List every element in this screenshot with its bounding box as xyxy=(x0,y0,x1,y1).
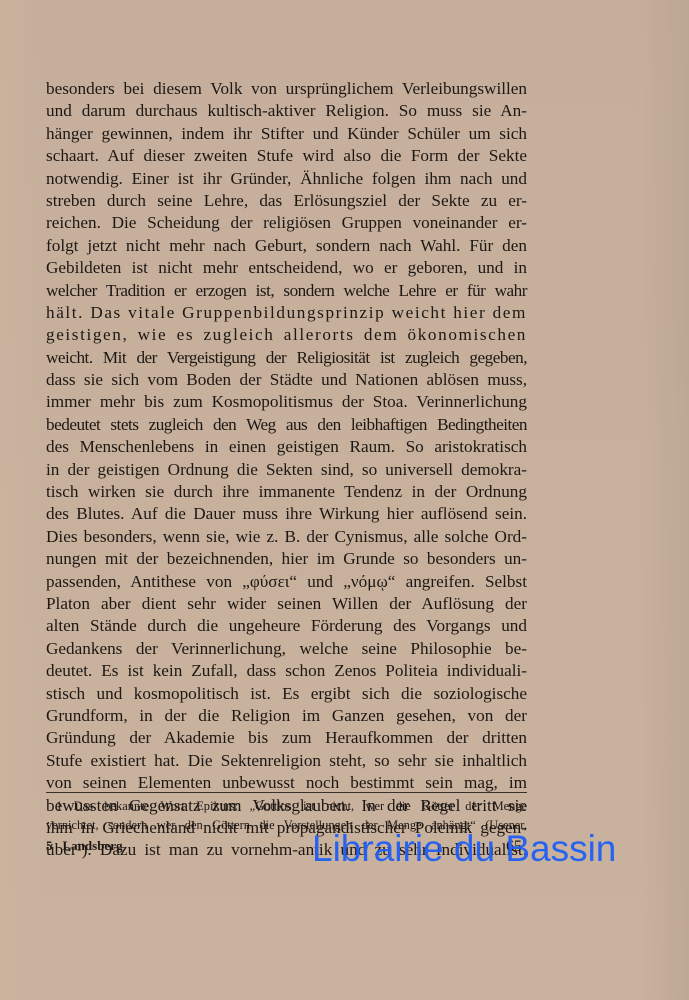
text-line: des Blutes. Auf die Dauer muss ihre Wirk… xyxy=(46,503,527,525)
text-line: folgt jetzt nicht mehr nach Geburt, sond… xyxy=(46,235,527,257)
text-line: tisch wirken sie durch ihre immanente Te… xyxy=(46,481,527,503)
text-line: weicht. Mit der Vergeistigung der Religi… xyxy=(46,347,527,369)
text-line: deutet. Es ist kein Zufall, dass schon Z… xyxy=(46,660,527,682)
text-line: bedeutet stets zugleich den Weg aus den … xyxy=(46,414,527,436)
text-line: Gedankens der Verinnerlichung, welche se… xyxy=(46,638,527,660)
text-line: Gebildeten ist nicht mehr entscheidend, … xyxy=(46,257,527,279)
text-line: Dies besonders, wenn sie, wie z. B. der … xyxy=(46,526,527,548)
text-line: reichen. Die Scheidung der religiösen Gr… xyxy=(46,212,527,234)
text-line: in der geistigen Ordnung die Sekten sind… xyxy=(46,459,527,481)
text-line: dass sie sich vom Boden der Städte und N… xyxy=(46,369,527,391)
text-line: und darum durchaus kultisch-aktiver Reli… xyxy=(46,100,527,122)
text-line: besonders bei diesem Volk von ursprüngli… xyxy=(46,78,527,100)
signature-number: 5 xyxy=(46,838,53,853)
text-line: alten Stände durch die ungeheure Förderu… xyxy=(46,615,527,637)
text-line: immer mehr bis zum Kosmopolitismus der S… xyxy=(46,391,527,413)
text-line: Platon aber dient sehr wider seinen Will… xyxy=(46,593,527,615)
printer-signature: 5Landsberg xyxy=(46,838,122,854)
text-line: passenden, Antithese von „φύσει“ und „νό… xyxy=(46,571,527,593)
text-line: hält. Das vitale Gruppenbildungsprinzip … xyxy=(46,302,527,324)
text-line: streben durch seine Lehre, das Erlösungs… xyxy=(46,190,527,212)
text-line: notwendig. Einer ist ihr Gründer, Ähnlic… xyxy=(46,168,527,190)
text-line: stisch und kosmopolitisch ist. Es ergibt… xyxy=(46,683,527,705)
signature-name: Landsberg xyxy=(63,838,123,853)
text-line: Grundform, in der die Religion im Ganzen… xyxy=(46,705,527,727)
body-text: besonders bei diesem Volk von ursprüngli… xyxy=(46,78,527,862)
footnote-divider xyxy=(46,792,527,793)
seller-watermark: Librairie du Bassin xyxy=(312,826,616,872)
text-line: des Menschenlebens in einen geistigen Ra… xyxy=(46,436,527,458)
footnote-line: 1 Das bekannte Wort Epikurs: „Gottlos is… xyxy=(46,797,527,816)
scanned-book-page: besonders bei diesem Volk von ursprüngli… xyxy=(0,0,689,1000)
text-line: welcher Tradition er erzogen ist, sonder… xyxy=(46,280,527,302)
text-line: hänger gewinnen, indem ihr Stifter und K… xyxy=(46,123,527,145)
text-line: nungen mit der bezeichnenden, hier im Gr… xyxy=(46,548,527,570)
text-line: Stufe existiert hat. Die Sektenreligion … xyxy=(46,750,527,772)
text-line: Gründung der Akademie bis zum Heraufkomm… xyxy=(46,727,527,749)
text-line: geistigen, wie es zugleich allerorts dem… xyxy=(46,324,527,346)
text-line: schaart. Auf dieser zweiten Stufe wird a… xyxy=(46,145,527,167)
